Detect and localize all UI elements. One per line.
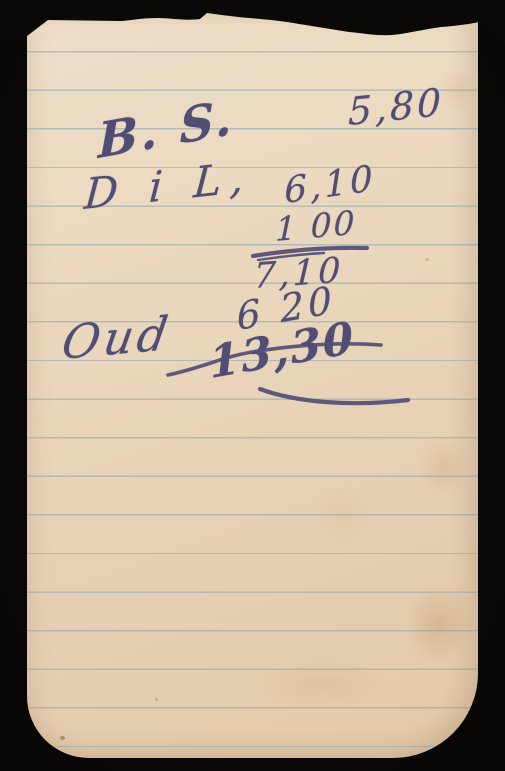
paper-speck bbox=[60, 736, 65, 740]
photo-backdrop: 5,80 B. S. D i L, 6,10 1 00 7,10 6 20 Ou… bbox=[0, 0, 505, 771]
handwriting-amount-top: 5,80 bbox=[348, 83, 444, 131]
paper-speck bbox=[425, 258, 429, 261]
note-paper: 5,80 B. S. D i L, 6,10 1 00 7,10 6 20 Ou… bbox=[27, 10, 478, 758]
paper-speck bbox=[155, 698, 158, 701]
handwriting-addend-2: 1 00 bbox=[275, 206, 357, 246]
handwriting-side-word: Oud bbox=[59, 310, 175, 366]
